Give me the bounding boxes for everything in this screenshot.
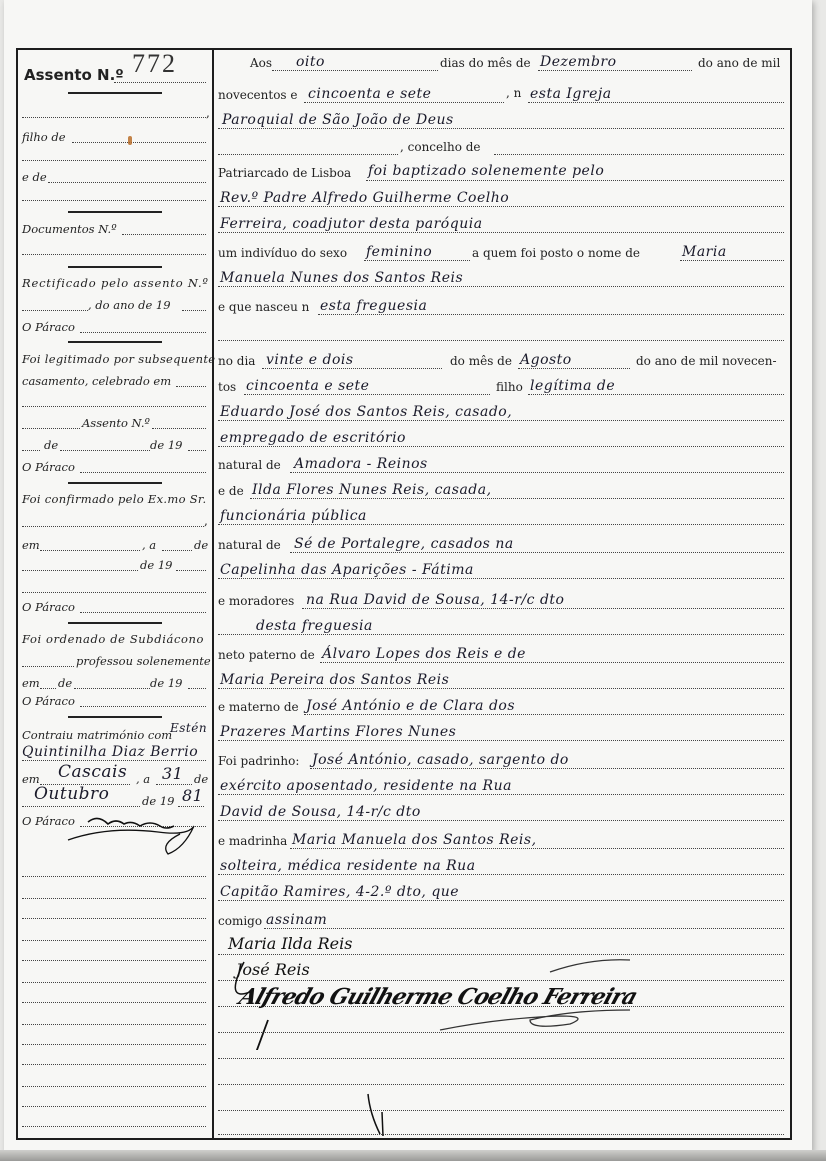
paroco-line [80,332,206,333]
rectificado-ano-label: , do ano de 19 [88,298,171,312]
de-19-line [188,688,206,689]
birth-day-line [262,368,442,369]
paroco-signature [56,810,206,860]
confirmado-line [22,526,204,527]
godmother: Maria Manuela dos Santos Reis, [292,832,537,848]
mes-label: do mês de [450,354,512,368]
blank-line [22,876,206,877]
novecentos-label: novecentos e [218,88,298,102]
nome-label: a quem foi posto o nome de [472,246,640,260]
patriarcado-label: Patriarcado de Lisboa [218,166,351,180]
legitimado-label: Foi legitimado por subsequente [22,352,215,366]
birth-year: cincoenta e sete [246,378,369,394]
mother-line [250,498,784,499]
godfather-address: David de Sousa, 14-r/c dto [220,804,421,820]
godmother-line-3 [218,900,784,901]
priest-line-2 [218,232,784,233]
assento-number-line [114,82,206,83]
de-label: de [44,438,58,452]
maternal-line [304,714,784,715]
concelho-line [494,154,784,155]
ordenado-line [22,666,74,667]
confirmado-label: Foi confirmado pelo Ex.mo Sr. [22,492,206,506]
legitimacy-line [528,394,784,395]
em-label: em [22,676,40,690]
blank-line [218,1084,784,1085]
de-19-line [188,450,206,451]
section-rule [68,622,162,624]
blank-line [22,898,206,899]
neto-paterno-label: neto paterno de [218,648,315,662]
marriage-month: Outubro [34,786,109,802]
birth-day: vinte e dois [266,352,354,368]
e-de-label: e de [22,170,47,184]
no-dia-label: no dia [218,354,255,368]
professou-label: professou solenemente [76,654,211,668]
assento-n-label: Assento N.º [82,416,150,430]
birthplace-line [318,314,784,315]
day-line [272,70,438,71]
assento-line-a [22,428,80,429]
e-de-label: e de [218,484,244,498]
father-origin-line [290,472,784,473]
de-line-b [60,450,150,451]
paroco-label: O Páraco [22,320,75,334]
materno-label: e materno de [218,700,299,714]
assento-number: 772 [132,56,177,72]
paroco-line [80,612,206,613]
father-origin: Amadora - Reinos [294,456,428,472]
padrinho-label: Foi padrinho: [218,754,299,768]
child-first-name: Maria [682,244,727,260]
mother-name: Ilda Flores Nunes Reis, casada, [252,482,492,498]
maternal-grandparents: José António e de Clara dos [306,698,515,714]
baptism-day: oito [296,54,325,70]
section-rule [68,266,162,268]
month-line [538,70,692,71]
de-line-a [22,450,40,451]
em-line [40,550,140,551]
paternal-grandparents: Álvaro Lopes dos Reis e de [322,646,526,662]
blank-line [22,1086,206,1087]
comigo-label: comigo [218,914,262,928]
em-label: em [22,538,40,552]
comigo-value: assinam [266,912,327,928]
paroco-label: O Páraco [22,694,75,708]
godfather-line-2 [218,794,784,795]
matrimonio-spouse-name: Quintinilha Diaz Berrio [22,744,198,760]
blank-line [218,340,784,341]
de-label: de [194,538,208,552]
blank-line [22,940,206,941]
name-line [22,117,206,118]
baptism-year: cincoenta e sete [308,86,431,102]
parents-address: na Rua David de Sousa, 14-r/c dto [306,592,564,608]
godmother-line [290,848,784,849]
blank-line [22,1126,206,1127]
sex-value: feminino [366,244,432,260]
address-line-2 [218,634,784,635]
mother-origin: Sé de Portalegre, casados na [294,536,514,552]
comma: , [204,514,208,528]
madrinha-label: e madrinha [218,834,287,848]
child-full-name: Manuela Nunes dos Santos Reis [220,270,463,286]
de-line [74,688,150,689]
de-19-label: de 19 [142,794,174,808]
blank-line [218,1134,784,1135]
documentos-line-2 [22,254,206,255]
baptism-month: Dezembro [540,54,617,70]
de-19-line-a [22,570,138,571]
rectificado-line [22,310,88,311]
marriage-place: Cascais [58,764,127,780]
godfather-line-3 [218,820,784,821]
comma: , [206,106,210,120]
maternal-line-2 [218,740,784,741]
parish-line [218,154,398,155]
priest-title: Ferreira, coadjutor desta paróquia [220,216,483,232]
n-label: , n [506,86,521,100]
blank-line [218,1058,784,1059]
blank-line [22,1002,206,1003]
priest-name: Rev.º Padre Alfredo Guilherme Coelho [220,190,509,206]
paternal-line-2 [218,688,784,689]
column-divider [212,48,214,1140]
signature-flourish [220,950,650,1050]
rectificado-label: Rectificado pelo assento N.º [22,276,209,290]
blank-line [22,1064,206,1065]
e-de-line-2 [22,200,206,201]
baptized-line [366,180,784,181]
moradores-label: e moradores [218,594,294,608]
marriage-place-line [218,578,784,579]
marriage-day: 31 [162,766,183,782]
godfather-line [310,768,784,769]
year-line [304,102,504,103]
documentos-line [122,234,206,235]
church-part2: Paroquial de São João de Deus [222,112,454,128]
birth-year-line [244,394,490,395]
natural-de-label: natural de [218,458,281,472]
section-rule [68,716,162,718]
filho-label: filho [496,380,523,394]
rectificado-ano-line [182,310,206,311]
documentos-label: Documentos N.º [22,222,117,236]
a-label: , a [142,538,156,552]
ano-novecen-label: do ano de mil novecen- [636,354,777,368]
marriage-year: 81 [182,788,203,804]
sex-line [364,260,470,261]
mother-line-2 [218,524,784,525]
godmother-details: solteira, médica residente na Rua [220,858,476,874]
birthplace: esta freguesia [320,298,427,314]
pen-mark [360,1090,400,1140]
blank-line [22,960,206,961]
name-line-2 [218,286,784,287]
aos-label: Aos [250,56,272,70]
paroco-line [80,706,206,707]
paroco-label: O Páraco [22,600,75,614]
filho-de-line-2 [22,160,206,161]
blank-line [22,1106,206,1107]
father-line-2 [218,446,784,447]
de-19-line-b [176,570,206,571]
page-edge [0,1150,826,1161]
natural-de-label: natural de [218,538,281,552]
name-line [680,260,784,261]
legitimacy: legítima de [530,378,615,394]
blank-line [22,1024,206,1025]
godfather: José António, casado, sargento do [312,752,569,768]
matrimonio-spouse-part1: Estén [170,720,207,736]
ordenado-label: Foi ordenado de Subdiácono [22,632,204,646]
church-line-2 [218,128,784,129]
blank-line [22,1044,206,1045]
section-rule [68,341,162,343]
filho-de-line [72,142,206,143]
godfather-details: exército aposentado, residente na Rua [220,778,512,794]
father-occupation: empregado de escritório [220,430,406,446]
section-rule [68,482,162,484]
a-line [162,550,192,551]
father-line [218,420,784,421]
legitimado-label-2: casamento, celebrado em [22,374,171,388]
matrimonio-label: Contraiu matrimónio com [22,728,172,742]
comigo-line [264,928,784,929]
baptized-by: foi baptizado solenemente pelo [368,163,604,179]
godmother-line-2 [218,874,784,875]
church-part1: esta Igreja [530,86,612,102]
filho-de-label: filho de [22,130,66,144]
address-line [302,608,784,609]
nasceu-label: e que nasceu n [218,300,309,314]
blank-line [22,982,206,983]
church-line [528,102,784,103]
a-label: , a [136,772,150,786]
sexo-label: um indivíduo do sexo [218,246,347,260]
spouse-line [22,760,206,761]
section-rule [68,211,162,213]
legitimado-line-2 [22,406,206,407]
month-line [22,806,140,807]
de-label: de [58,676,72,690]
priest-line [218,206,784,207]
e-de-line [48,182,206,183]
ano-label: do ano de mil [698,56,780,70]
blank-line [22,592,206,593]
year-line [178,806,204,807]
blank-line [218,1110,784,1111]
assento-label: Assento N.º [24,68,124,82]
concelho-label: , concelho de [400,140,481,154]
assento-line-b [152,428,206,429]
dias-label: dias do mês de [440,56,531,70]
birth-month: Agosto [520,352,572,368]
em-line [40,688,56,689]
de-19-label: de 19 [140,558,172,572]
section-rule [68,92,162,94]
a-line [156,784,192,785]
mother-occupation: funcionária pública [220,508,367,524]
paroco-label: O Páraco [22,460,75,474]
de-19-label: de 19 [150,438,182,452]
de-label: de [194,772,208,786]
mother-origin-line [290,552,784,553]
godmother-address: Capitão Ramires, 4-2.º dto, que [220,884,459,900]
tos-label: tos [218,380,236,394]
paternal-grandmother: Maria Pereira dos Santos Reis [220,672,449,688]
parents-marriage-place: Capelinha das Aparições - Fátima [220,562,474,578]
father-name: Eduardo José dos Santos Reis, casado, [220,404,512,420]
ink-stain [128,136,132,145]
blank-line [22,918,206,919]
paternal-line [320,662,784,663]
legitimado-line [176,386,206,387]
paroco-line [80,472,206,473]
parents-parish: desta freguesia [256,618,373,634]
de-19-label: de 19 [150,676,182,690]
maternal-grandmother: Prazeres Martins Flores Nunes [220,724,456,740]
birth-month-line [518,368,630,369]
